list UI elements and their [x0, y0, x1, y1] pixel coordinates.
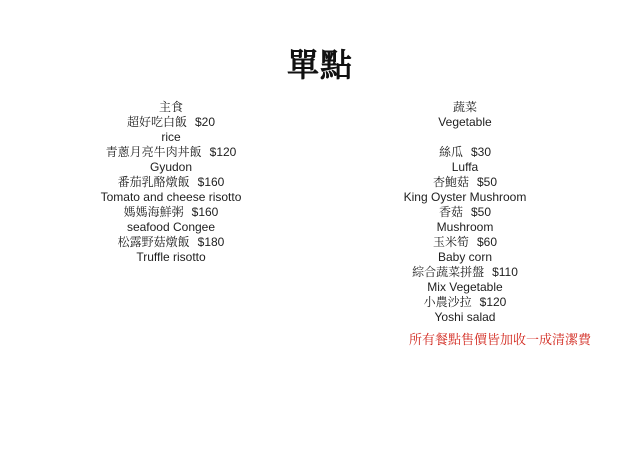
item-name-en: Luffa [345, 160, 585, 175]
service-fee-note: 所有餐點售價皆加收一成清潔費 [409, 332, 591, 348]
item-name-en: Baby corn [345, 250, 585, 265]
section-header-vegetables: 蔬菜 [345, 100, 585, 115]
item-price: $50 [471, 205, 491, 219]
menu-item-line: 玉米筍$60 [345, 235, 585, 250]
menu-item-line: 媽媽海鮮粥$160 [51, 205, 291, 220]
item-price: $30 [471, 145, 491, 159]
item-price: $20 [195, 115, 215, 129]
item-price: $180 [198, 235, 225, 249]
menu-item-line: 青蔥月亮牛肉丼飯$120 [51, 145, 291, 160]
item-name-zh: 玉米筍 [433, 235, 469, 249]
menu-item-line: 小農沙拉$120 [345, 295, 585, 310]
menu-item-line: 超好吃白飯$20 [51, 115, 291, 130]
item-name-en: Yoshi salad [345, 310, 585, 325]
item-price: $120 [480, 295, 507, 309]
item-name-en: Gyudon [51, 160, 291, 175]
section-vegetables: 蔬菜 Vegetable 絲瓜$30 Luffa 杏鮑菇$50 King Oys… [345, 100, 585, 325]
item-name-zh: 杏鮑菇 [433, 175, 469, 189]
item-name-zh: 媽媽海鮮粥 [124, 205, 184, 219]
item-name-en: seafood Congee [51, 220, 291, 235]
item-name-en: rice [51, 130, 291, 145]
item-name-zh: 綜合蔬菜拼盤 [412, 265, 484, 279]
spacer [345, 130, 585, 145]
page-title: 單點 [0, 40, 640, 86]
item-name-zh: 絲瓜 [439, 145, 463, 159]
menu-item-line: 杏鮑菇$50 [345, 175, 585, 190]
item-name-zh: 香菇 [439, 205, 463, 219]
item-price: $160 [192, 205, 219, 219]
item-name-en: Tomato and cheese risotto [51, 190, 291, 205]
item-name-zh: 番茄乳酪燉飯 [118, 175, 190, 189]
item-price: $160 [198, 175, 225, 189]
section-staples: 主食 超好吃白飯$20 rice 青蔥月亮牛肉丼飯$120 Gyudon 番茄乳… [51, 100, 291, 265]
menu-item-line: 番茄乳酪燉飯$160 [51, 175, 291, 190]
item-name-en: Mix Vegetable [345, 280, 585, 295]
item-price: $60 [477, 235, 497, 249]
menu-item-line: 香菇$50 [345, 205, 585, 220]
item-name-en: Truffle risotto [51, 250, 291, 265]
item-name-en: Mushroom [345, 220, 585, 235]
item-name-zh: 青蔥月亮牛肉丼飯 [106, 145, 202, 159]
item-name-zh: 松露野菇燉飯 [118, 235, 190, 249]
item-price: $110 [492, 265, 518, 279]
item-name-en: King Oyster Mushroom [345, 190, 585, 205]
menu-item-line: 松露野菇燉飯$180 [51, 235, 291, 250]
item-price: $120 [210, 145, 237, 159]
item-name-zh: 小農沙拉 [424, 295, 472, 309]
item-price: $50 [477, 175, 497, 189]
item-name-zh: 超好吃白飯 [127, 115, 187, 129]
menu-item-line: 絲瓜$30 [345, 145, 585, 160]
menu-item-line: 綜合蔬菜拼盤$110 [345, 265, 585, 280]
section-header-vegetables-en: Vegetable [345, 115, 585, 130]
section-header-staples: 主食 [51, 100, 291, 115]
